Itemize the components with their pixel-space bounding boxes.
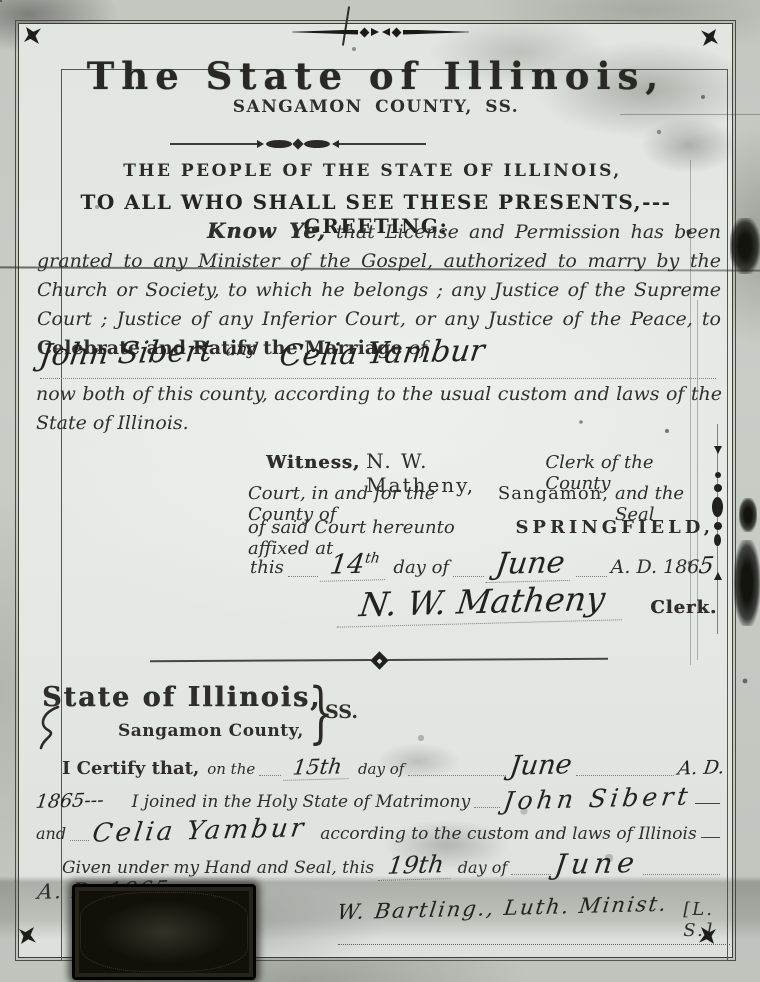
and-word-handwritten: and	[224, 340, 259, 361]
given-day-of-label: day of	[458, 858, 507, 877]
corner-flourish-icon	[701, 29, 718, 46]
blackletter-flourish-icon	[36, 705, 64, 751]
corner-flourish-icon	[699, 927, 716, 944]
header-divider-ornament-icon	[170, 139, 426, 149]
clerk-signature-row: N. W. Matheny Clerk.	[340, 582, 720, 624]
certify-year-handwritten: 1865---	[34, 789, 105, 813]
couple-names-line: John Sibert and Celia Yambur	[40, 336, 716, 379]
joined-phrase: I joined in the Holy State of Matrimony	[132, 792, 471, 812]
certify-day-of-label: day of	[358, 760, 404, 778]
according-phrase: according to the custom and laws of Illi…	[320, 824, 697, 844]
groom-name-handwritten: John Sibert	[37, 334, 214, 373]
certify-day-handwritten: 15th	[283, 754, 351, 781]
state-label-row: State of Illinois,	[42, 682, 321, 713]
certify-and-label: and	[36, 824, 66, 843]
section-divider-diamond-icon	[150, 652, 608, 668]
ink-blob-artifact	[730, 218, 760, 274]
certify-bride-handwritten: Celia Yambur	[91, 813, 309, 849]
clerk-label: Clerk.	[650, 597, 717, 618]
document-header: The State of Illinois,	[20, 54, 732, 98]
residence-clause: now both of this county, according to th…	[36, 380, 722, 438]
revenue-stamp	[72, 884, 256, 980]
sangamon-county-label: Sangamon County,	[118, 721, 304, 741]
witness-date-line: this 14th day of June A. D. 186 5	[250, 546, 714, 582]
ss-label: SS.	[325, 701, 358, 723]
corner-flourish-icon	[19, 927, 36, 944]
given-phrase: Given under my Hand and Seal, this	[62, 858, 374, 878]
corner-flourish-icon	[24, 27, 41, 44]
certify-line-2: 1865--- I joined in the Holy State of Ma…	[36, 784, 724, 813]
know-ye-phrase: Know Ye,	[207, 218, 326, 243]
witness-word: Witness,	[266, 452, 360, 473]
certify-month-handwritten: June	[508, 749, 574, 782]
minister-signature-row: W. Bartling., Luth. Minist. [L. S.]	[338, 896, 730, 945]
ad-year-printed: A. D. 186	[611, 556, 700, 578]
certify-phrase: I Certify that,	[62, 758, 199, 779]
county-subtitle-row: SANGAMON COUNTY, SS.	[20, 97, 732, 117]
day-handwritten: 14th	[320, 548, 389, 582]
month-handwritten: June	[485, 545, 575, 583]
certify-line-1: I Certify that, on the 15th day of June …	[36, 750, 724, 781]
certify-line-3: and Celia Yambur according to the custom…	[36, 816, 724, 846]
day-of-label: day of	[393, 557, 449, 578]
county-subtitle: SANGAMON COUNTY, SS.	[20, 97, 732, 117]
top-border-arrow-ornament-icon	[292, 26, 484, 38]
on-the-label: on the	[207, 760, 255, 778]
clerk-signature-handwritten: N. W. Matheny	[337, 578, 628, 627]
people-line: THE PEOPLE OF THE STATE OF ILLINOIS,	[20, 161, 725, 181]
certify-ad-label: A. D.	[676, 756, 725, 779]
license-body-text: that License and Permission has been gra…	[37, 221, 721, 330]
scan-specks	[0, 0, 2, 2]
ss-label-row: SS.	[325, 701, 358, 723]
right-border-diamond-chain-icon	[711, 424, 724, 634]
minister-signature-handwritten: W. Bartling., Luth. Minist.	[336, 892, 670, 925]
county-label-row: Sangamon County,	[118, 721, 304, 741]
people-line-row: THE PEOPLE OF THE STATE OF ILLINOIS,	[20, 161, 725, 181]
county-name-printed: Sangamon,	[498, 483, 609, 504]
city-name-printed: SPRINGFIELD,	[515, 517, 714, 538]
state-of-illinois-label: State of Illinois,	[42, 682, 321, 713]
ink-blob-artifact	[734, 540, 760, 626]
document-title: The State of Illinois,	[20, 54, 732, 98]
ink-blob-artifact	[739, 498, 757, 532]
this-word: this	[250, 557, 284, 578]
certify-groom-handwritten: John Sibert	[501, 782, 693, 816]
marriage-license-document: The State of Illinois, SANGAMON COUNTY, …	[0, 0, 760, 982]
bride-name-handwritten: Celia Yambur	[277, 333, 486, 373]
